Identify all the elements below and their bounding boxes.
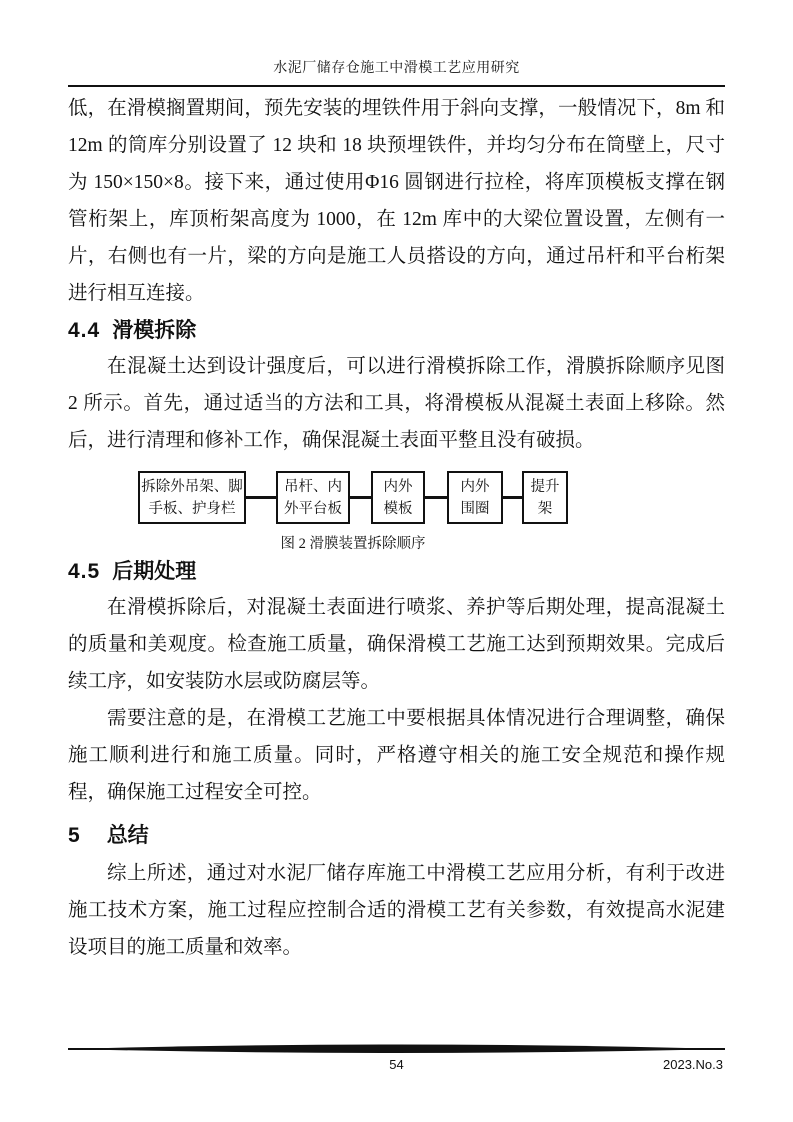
paragraph-4-5-b: 需要注意的是，在滑模工艺施工中要根据具体情况进行合理调整，确保施工顺利进行和施工…	[68, 700, 725, 811]
issue-label: 2023.No.3	[663, 1055, 723, 1075]
section-heading-4-4: 4.4滑模拆除	[68, 316, 725, 346]
flow-connector	[246, 496, 276, 499]
page-footer: 54 2023.No.3	[68, 1044, 725, 1075]
flowchart-step-label: 架	[524, 498, 566, 520]
figure-2: 拆除外吊架、脚 手板、护身栏 吊杆、内 外平台板 内外 模板 内外 围圈	[138, 471, 568, 553]
page-header: 水泥厂储存仓施工中滑模工艺应用研究	[68, 0, 725, 87]
flowchart-step-label: 拆除外吊架、脚	[140, 476, 244, 498]
document-page: 水泥厂储存仓施工中滑模工艺应用研究 低，在滑模搁置期间，预先安装的埋铁件用于斜向…	[0, 0, 793, 1122]
footer-rule	[68, 1044, 725, 1054]
flowchart-step-label: 内外	[449, 476, 501, 498]
section-number: 4.5	[68, 560, 100, 583]
flow-connector	[350, 496, 371, 499]
section-heading-5: 5总结	[68, 821, 725, 851]
section-number: 5	[68, 824, 81, 847]
flowchart-demolition-sequence: 拆除外吊架、脚 手板、护身栏 吊杆、内 外平台板 内外 模板 内外 围圈	[138, 471, 568, 524]
section-heading-4-5: 4.5后期处理	[68, 557, 725, 587]
paragraph-4-5-a: 在滑模拆除后，对混凝土表面进行喷浆、养护等后期处理，提高混凝土的质量和美观度。检…	[68, 589, 725, 700]
flowchart-step-label: 内外	[373, 476, 423, 498]
flowchart-step-label: 吊杆、内	[278, 476, 348, 498]
flowchart-step-label: 手板、护身栏	[140, 498, 244, 520]
section-number: 4.4	[68, 319, 100, 342]
flow-connector	[503, 496, 522, 499]
paragraph-intro: 低，在滑模搁置期间，预先安装的埋铁件用于斜向支撑，一般情况下，8m 和 12m …	[68, 90, 725, 312]
flowchart-step-4: 内外 围圈	[447, 471, 503, 524]
flowchart-step-1: 拆除外吊架、脚 手板、护身栏	[138, 471, 246, 524]
flowchart-step-label: 围圈	[449, 498, 501, 520]
flowchart-step-label: 提升	[524, 476, 566, 498]
flowchart-step-2: 吊杆、内 外平台板	[276, 471, 350, 524]
paragraph-4-4: 在混凝土达到设计强度后，可以进行滑模拆除工作，滑膜拆除顺序见图 2 所示。首先，…	[68, 348, 725, 459]
footer-text-row: 54 2023.No.3	[68, 1055, 725, 1075]
flowchart-step-5: 提升 架	[522, 471, 568, 524]
flowchart-step-label: 外平台板	[278, 498, 348, 520]
figure-caption: 图 2 滑膜装置拆除顺序	[138, 535, 568, 553]
section-title: 后期处理	[112, 560, 196, 583]
flowchart-step-label: 模板	[373, 498, 423, 520]
running-head-title: 水泥厂储存仓施工中滑模工艺应用研究	[68, 58, 725, 80]
paragraph-summary: 综上所述，通过对水泥厂储存库施工中滑模工艺应用分析，有利于改进施工技术方案，施工…	[68, 855, 725, 966]
page-content: 水泥厂储存仓施工中滑模工艺应用研究 低，在滑模搁置期间，预先安装的埋铁件用于斜向…	[68, 0, 725, 966]
section-title: 滑模拆除	[112, 319, 196, 342]
section-title: 总结	[107, 824, 149, 847]
page-number: 54	[389, 1057, 403, 1072]
flow-connector	[425, 496, 447, 499]
flowchart-step-3: 内外 模板	[371, 471, 425, 524]
